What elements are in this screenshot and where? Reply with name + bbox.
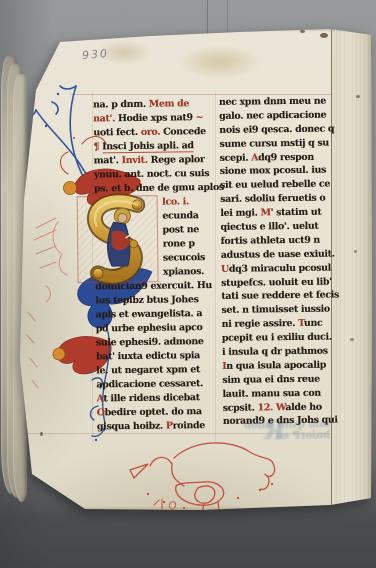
text-line: sari. sdoliu feruetis o <box>220 192 340 207</box>
text-line: bat' iuxta edictu spia <box>96 349 220 365</box>
text-line: Udq3 miraculu pcosul <box>221 261 341 276</box>
gold-knob <box>93 268 103 278</box>
text-segment: ' statim ut <box>271 207 322 219</box>
text-segment: set. n timuisset iussio <box>221 304 329 316</box>
text-segment: secucois <box>163 252 205 264</box>
text-line: stupefcs. uoluit eu lib' <box>221 275 341 290</box>
backdrop-crease-line <box>207 0 208 38</box>
text-segment: gisqua hoibz. <box>97 421 166 433</box>
text-segment: roinde <box>173 420 205 431</box>
text-segment: U <box>221 263 229 274</box>
text-segment: bedire optet. do ma <box>105 406 202 418</box>
text-line: lco. i. <box>162 195 218 210</box>
text-segment: norand9 e dns Johs qui <box>223 415 338 427</box>
text-line: i insula q dr pathmos <box>222 344 342 359</box>
text-line: rone p <box>163 237 219 252</box>
text-segment: apls et ewangelista. a <box>95 308 202 320</box>
text-segment: O <box>97 407 105 418</box>
bird-banner <box>174 443 275 476</box>
text-segment: lco. i. <box>162 196 189 207</box>
text-segment: Insci Johis apli. ad <box>102 140 194 153</box>
text-line: nois ei9 qesca. donec q <box>219 122 339 137</box>
text-line: nat'. Hodie xps nat9 ~ <box>93 111 217 127</box>
red-annotation-marks <box>150 495 190 513</box>
text-line: set. n timuisset iussio <box>221 303 341 318</box>
backdrop-crease-line <box>227 0 228 33</box>
text-segment: xpianos. <box>163 266 204 278</box>
text-segment: t ille ridens dicebat <box>103 392 199 404</box>
text-segment: scpsit. <box>223 402 258 413</box>
text-line: sule ephesi9. admone <box>96 335 220 351</box>
manuscript-page: 930 mib qsnu sulob bniorP ed R <box>18 28 372 514</box>
text-segment: lauit. manu sua con <box>222 387 320 399</box>
bird-head <box>150 457 172 466</box>
text-line: In qua isula apocalip <box>222 358 342 373</box>
text-segment: ecunda <box>162 210 198 221</box>
text-line: le. ut negaret xpm et <box>96 363 220 379</box>
text-line: fortis athleta uct9 n <box>221 233 341 248</box>
text-segment: n qua isula apocalip <box>226 360 326 372</box>
text-segment: ~ <box>196 112 204 123</box>
text-line: pcepit eu i exiliu duci. <box>222 331 342 346</box>
text-segment: ni regie assire. <box>222 318 299 330</box>
text-line: lauit. manu sua con <box>222 386 342 401</box>
text-line: secucois <box>163 251 219 266</box>
text-segment: nois ei9 qesca. donec q <box>219 123 334 135</box>
text-segment: le. ut negaret xpm et <box>96 364 200 376</box>
text-line: apls et ewangelista. a <box>95 307 219 323</box>
text-segment: ¶ <box>93 141 102 152</box>
text-segment: Hodie xps nat9 <box>118 112 196 124</box>
text-line: nec xpm dnm meu ne <box>219 94 339 109</box>
text-segment: adustus de uase exiuit. <box>221 248 335 260</box>
text-segment: pcepit eu i exiliu duci. <box>222 332 332 344</box>
text-line: sim qua ei dns reue <box>222 372 342 387</box>
illuminated-initial: S <box>75 192 160 287</box>
text-segment: dq9 respon <box>258 151 314 163</box>
bird-neck <box>172 464 184 486</box>
text-segment: oro. <box>141 127 163 138</box>
text-column-right: nec xpm dnm meu negalo. nec apdicacionen… <box>219 94 343 429</box>
text-segment: Invit. <box>122 155 151 166</box>
text-line: ¶ Insci Johis apli. ad <box>93 139 217 155</box>
text-segment: M <box>260 207 270 218</box>
photo-backdrop: 930 mib qsnu sulob bniorP ed R <box>0 0 376 568</box>
text-line: post ne <box>162 223 218 238</box>
text-segment: Concede <box>163 126 206 138</box>
text-segment: post ne <box>162 224 199 235</box>
text-line: ecunda <box>162 209 218 224</box>
text-segment: uoti fect. <box>93 127 141 139</box>
text-segment: ius tepibz btus Johes <box>95 294 198 306</box>
text-segment: sione mox pcosul. ius <box>220 165 326 177</box>
text-segment: pd urbe ephesiu apco <box>96 322 203 334</box>
text-line: Obedire optet. do ma <box>97 405 221 421</box>
text-line: uoti fect. oro. Concede <box>93 125 217 141</box>
text-segment: sari. sdoliu feruetis o <box>220 193 325 205</box>
text-line: na. p dnm. Mem de <box>93 97 217 113</box>
text-line: sit eu uelud rebelle ce <box>220 178 340 193</box>
text-line: lei mgi. M' statim ut <box>220 206 340 221</box>
text-line: apdicacione cessaret. <box>96 377 220 393</box>
text-line: ius tepibz btus Johes <box>95 293 219 309</box>
text-line: xpianos. <box>163 265 219 280</box>
text-segment: i insula q dr pathmos <box>222 346 328 358</box>
text-line: sione mox pcosul. ius <box>220 164 340 179</box>
text-line: ni regie assire. Tunc <box>222 317 342 332</box>
text-line: sume cursu mstij q su <box>219 136 339 151</box>
text-line: mat'. Invit. Rege aplor <box>94 153 218 169</box>
text-line: scepi. Adq9 respon <box>220 150 340 165</box>
text-segment: tati sue reddere et fecis <box>221 290 339 302</box>
text-line: scpsit. 12. Walde ho <box>223 400 343 415</box>
bird-beak <box>130 464 148 478</box>
text-segment: dq3 miraculu pcosul <box>229 262 331 274</box>
text-line: gisqua hoibz. Proinde <box>97 419 221 435</box>
text-line: tati sue reddere et fecis <box>221 289 341 304</box>
text-segment: 12. W <box>257 402 285 413</box>
text-segment: alde ho <box>285 401 322 412</box>
text-segment: Mem de <box>149 98 189 109</box>
text-segment: ynuu. ant. noct. cu suis <box>94 168 209 180</box>
text-segment: sule ephesi9. admone <box>96 336 204 348</box>
text-segment: sume cursu mstij q su <box>219 137 329 149</box>
text-segment: rone p <box>163 238 195 249</box>
text-segment: lei mgi. <box>220 208 260 219</box>
text-segment: Rege aplor <box>150 154 204 166</box>
text-segment: na. p dnm. <box>93 99 149 111</box>
bird-wing <box>195 486 215 503</box>
margin-bird-sketch <box>120 436 288 514</box>
gold-lectern <box>130 240 138 248</box>
text-line: At ille ridens dicebat <box>96 391 220 407</box>
text-segment: apdicacione cessaret. <box>96 378 203 390</box>
text-segment: sim qua ei dns reue <box>222 373 320 385</box>
bird-banner-end <box>261 476 269 489</box>
saint-head <box>118 214 127 223</box>
text-segment: sit eu uelud rebelle ce <box>220 179 330 191</box>
text-line: qiectus e illo'. uelut <box>220 219 340 234</box>
text-segment: fortis athleta uct9 n <box>221 235 320 247</box>
text-segment: bat' iuxta edictu spia <box>96 350 200 362</box>
text-segment: stupefcs. uoluit eu lib' <box>221 276 332 288</box>
text-segment: scepi. <box>220 152 252 163</box>
text-segment: galo. nec apdicacione <box>219 109 326 121</box>
text-segment: mat'. <box>94 155 122 166</box>
text-line: galo. nec apdicacione <box>219 108 339 123</box>
text-segment: nec xpm dnm meu ne <box>219 96 326 108</box>
text-line: adustus de uase exiuit. <box>221 247 341 262</box>
text-line: ynuu. ant. noct. cu suis <box>94 167 218 183</box>
text-segment: unc <box>304 318 323 329</box>
text-line: norand9 e dns Johs qui <box>223 414 343 429</box>
text-line: pd urbe ephesiu apco <box>96 321 220 337</box>
text-segment: qiectus e illo'. uelut <box>220 221 318 233</box>
text-segment: nat'. <box>93 113 118 124</box>
